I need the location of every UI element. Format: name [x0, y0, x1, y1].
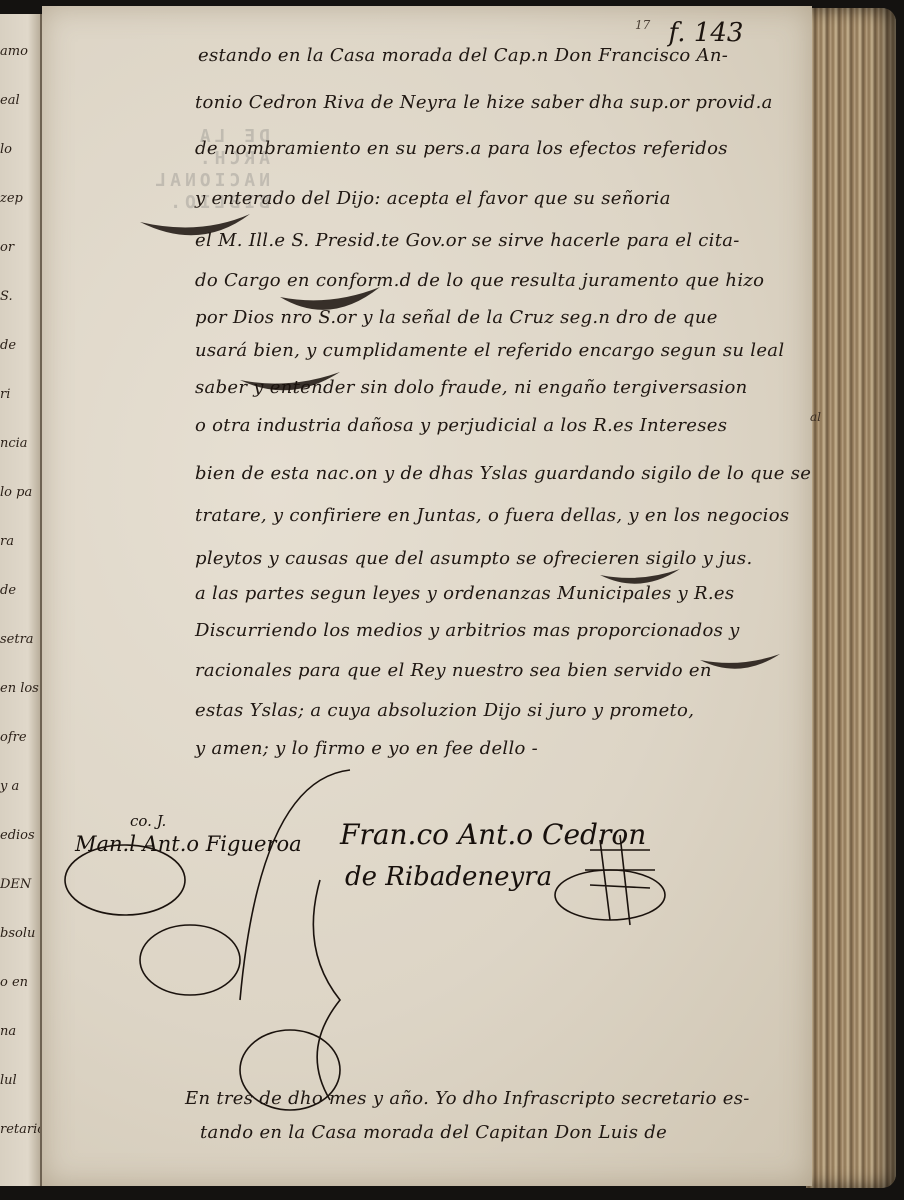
next-entry-line: En tres de dho mes y año. Yo dho Infrasc… [185, 1088, 750, 1109]
next-entry-line: tando en la Casa morada del Capitan Don … [200, 1122, 667, 1143]
right-margin-fragment: al [810, 410, 821, 424]
signature-flourishes [0, 0, 904, 1200]
